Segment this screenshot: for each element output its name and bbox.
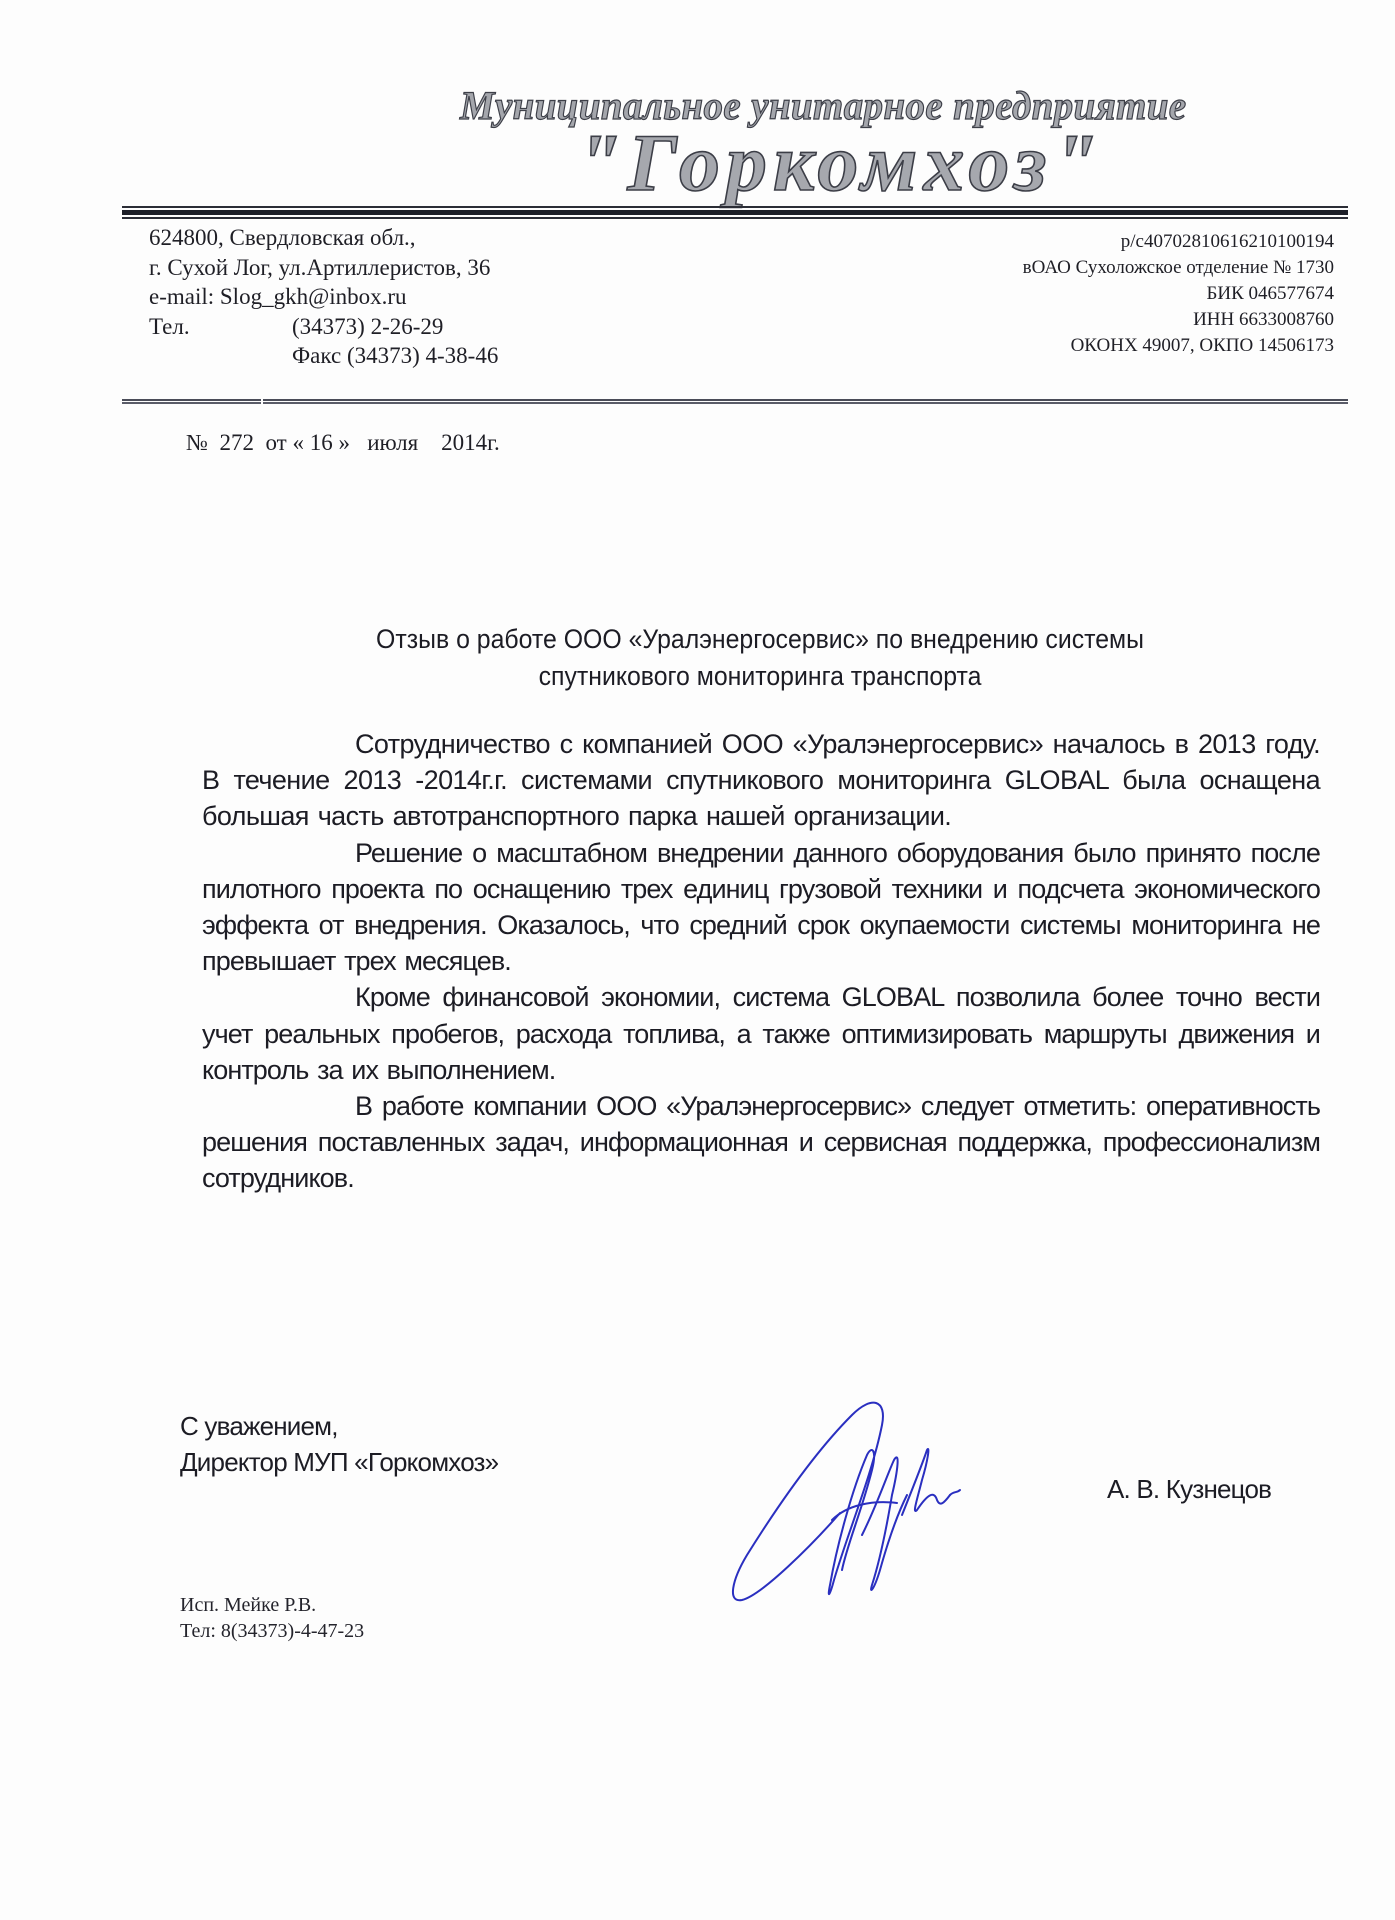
document-title-line-2: спутникового мониторинга транспорта bbox=[245, 658, 1275, 695]
letter-page: Муниципальное унитарное предприятие "Гор… bbox=[0, 0, 1395, 1920]
bank-account: р/с40702810616210100194 bbox=[1023, 229, 1334, 255]
email-line: e-mail: Slog_gkh@inbox.ru bbox=[149, 282, 498, 312]
closing-regards: С уважением, bbox=[180, 1408, 498, 1444]
handwritten-signature bbox=[722, 1395, 1002, 1610]
bank-bik: БИК 046577674 bbox=[1023, 281, 1334, 307]
fax-value: Факс (34373) 4-38-46 bbox=[292, 343, 498, 368]
letterhead-bottom-rule bbox=[122, 399, 1348, 405]
address-block: 624800, Свердловская обл., г. Сухой Лог,… bbox=[149, 223, 498, 371]
outgoing-number-date: № 272 от « 16 » июля 2014г. bbox=[186, 430, 500, 456]
fax-row: Факс (34373) 4-38-46 bbox=[149, 341, 498, 371]
executor-block: Исп. Мейке Р.В. Тел: 8(34373)-4-47-23 bbox=[180, 1592, 364, 1644]
bank-details-block: р/с40702810616210100194 вОАО Сухоложское… bbox=[1023, 229, 1334, 359]
signer-name: А. В. Кузнецов bbox=[1107, 1474, 1271, 1505]
address-line-1: 624800, Свердловская обл., bbox=[149, 223, 498, 253]
phone-value: (34373) 2-26-29 bbox=[292, 314, 443, 339]
document-title-line-1: Отзыв о работе ООО «Уралэнергосервис» по… bbox=[245, 621, 1275, 658]
executor-phone: Тел: 8(34373)-4-47-23 bbox=[180, 1618, 364, 1644]
letter-body: Сотрудничество с компанией ООО «Уралэнер… bbox=[202, 726, 1320, 1197]
letterhead-org-name: "Горкомхоз" bbox=[400, 118, 1280, 208]
address-line-2: г. Сухой Лог, ул.Артиллеристов, 36 bbox=[149, 253, 498, 283]
bank-inn: ИНН 6633008760 bbox=[1023, 307, 1334, 333]
phone-label: Тел. bbox=[149, 312, 292, 342]
body-paragraph: Сотрудничество с компанией ООО «Уралэнер… bbox=[202, 726, 1320, 835]
body-paragraph: Кроме финансовой экономии, система GLOBA… bbox=[202, 979, 1320, 1088]
bank-name: вОАО Сухоложское отделение № 1730 bbox=[1023, 255, 1334, 281]
executor-name: Исп. Мейке Р.В. bbox=[180, 1592, 364, 1618]
signer-position: Директор МУП «Горкомхоз» bbox=[180, 1444, 498, 1480]
closing-block: С уважением, Директор МУП «Горкомхоз» bbox=[180, 1408, 498, 1480]
bank-okonh-okpo: ОКОНХ 49007, ОКПО 14506173 bbox=[1023, 333, 1334, 359]
body-paragraph: В работе компании ООО «Уралэнергосервис»… bbox=[202, 1088, 1320, 1197]
document-title: Отзыв о работе ООО «Уралэнергосервис» по… bbox=[245, 621, 1275, 695]
phone-row: Тел.(34373) 2-26-29 bbox=[149, 312, 498, 342]
body-paragraph: Решение о масштабном внедрении данного о… bbox=[202, 835, 1320, 980]
letterhead-top-rule bbox=[122, 206, 1348, 220]
